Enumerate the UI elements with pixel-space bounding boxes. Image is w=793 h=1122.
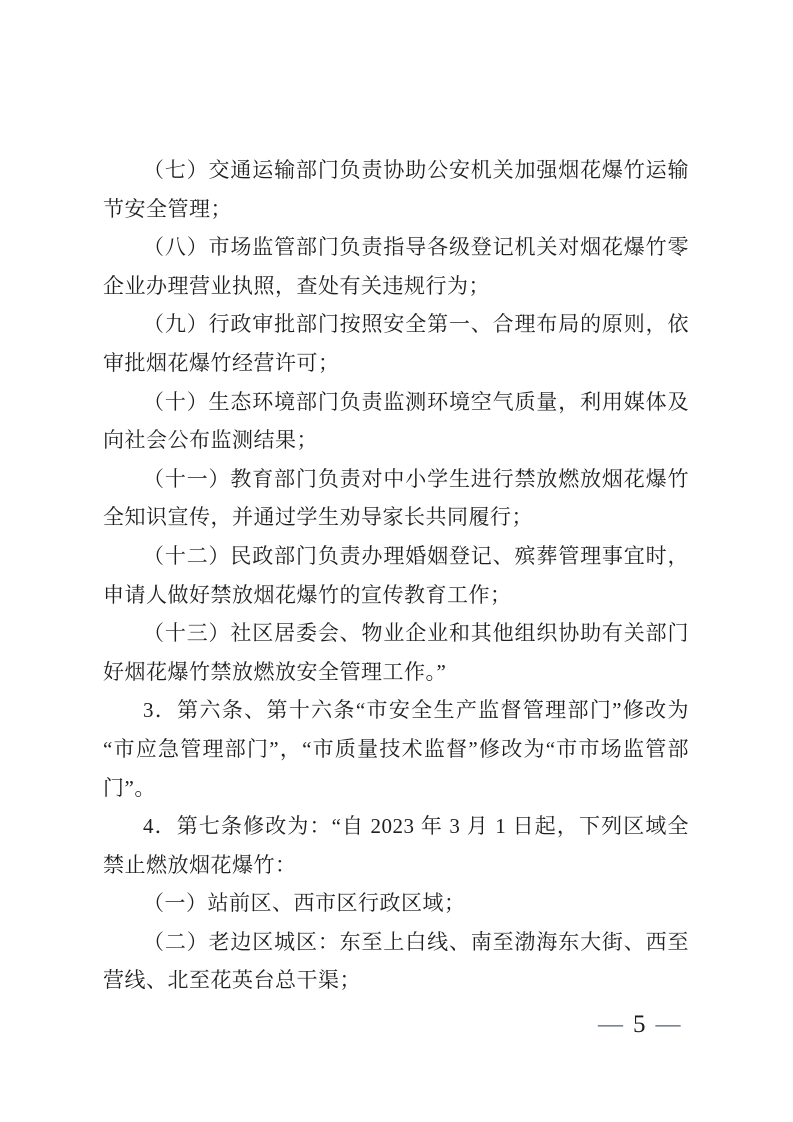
text-line: （十三）社区居委会、物业企业和其他组织协助有关部门做 [103,614,689,653]
text-line: 禁止燃放烟花爆竹： [103,846,689,885]
paragraph: （十）生态环境部门负责监测环境空气质量，利用媒体及时向社会公布监测结果； [103,383,689,460]
text-line: 企业办理营业执照，查处有关违规行为； [103,267,689,306]
document-body: （七）交通运输部门负责协助公安机关加强烟花爆竹运输环节安全管理；（八）市场监管部… [103,151,689,1000]
paragraph: （十三）社区居委会、物业企业和其他组织协助有关部门做好烟花爆竹禁放燃放安全管理工… [103,614,689,691]
paragraph: 4．第七条修改为：“自 2023 年 3 月 1 日起，下列区域全年禁止燃放烟花… [103,807,689,884]
text-line: （十一）教育部门负责对中小学生进行禁放燃放烟花爆竹安 [103,460,689,499]
text-line: 3．第六条、第十六条“市安全生产监督管理部门”修改为 [103,691,689,730]
paragraph: 3．第六条、第十六条“市安全生产监督管理部门”修改为“市应急管理部门”，“市质量… [103,691,689,807]
text-line: 节安全管理； [103,190,689,229]
text-line: 门”。 [103,769,689,808]
text-line: 向社会公布监测结果； [103,421,689,460]
text-line: 申请人做好禁放烟花爆竹的宣传教育工作； [103,576,689,615]
page-number-value: 5 [633,1011,646,1038]
paragraph: （九）行政审批部门按照安全第一、合理布局的原则，依法审批烟花爆竹经营许可； [103,305,689,382]
text-line: （十二）民政部门负责办理婚姻登记、殡葬管理事宜时，对 [103,537,689,576]
paragraph: （八）市场监管部门负责指导各级登记机关对烟花爆竹零售企业办理营业执照，查处有关违… [103,228,689,305]
text-line: （七）交通运输部门负责协助公安机关加强烟花爆竹运输环 [103,151,689,190]
text-line: “市应急管理部门”，“市质量技术监督”修改为“市市场监管部 [103,730,689,769]
document-page: （七）交通运输部门负责协助公安机关加强烟花爆竹运输环节安全管理；（八）市场监管部… [0,0,793,1122]
page-number-dash-left: — [598,1011,623,1038]
text-line: 营线、北至花英台总干渠； [103,961,689,1000]
text-line: 4．第七条修改为：“自 2023 年 3 月 1 日起，下列区域全年 [103,807,689,846]
paragraph: （二）老边区城区：东至上白线、南至渤海东大街、西至北营线、北至花英台总干渠； [103,923,689,1000]
text-line: （八）市场监管部门负责指导各级登记机关对烟花爆竹零售 [103,228,689,267]
text-line: 全知识宣传，并通过学生劝导家长共同履行； [103,498,689,537]
text-line: （十）生态环境部门负责监测环境空气质量，利用媒体及时 [103,383,689,422]
paragraph: （十二）民政部门负责办理婚姻登记、殡葬管理事宜时，对申请人做好禁放烟花爆竹的宣传… [103,537,689,614]
text-line: （二）老边区城区：东至上白线、南至渤海东大街、西至北 [103,923,689,962]
page-number-dash-right: — [656,1011,681,1038]
text-line: 好烟花爆竹禁放燃放安全管理工作。” [103,653,689,692]
text-line: （一）站前区、西市区行政区域； [103,884,689,923]
text-line: （九）行政审批部门按照安全第一、合理布局的原则，依法 [103,305,689,344]
text-line: 审批烟花爆竹经营许可； [103,344,689,383]
paragraph: （一）站前区、西市区行政区域； [103,884,689,923]
paragraph: （十一）教育部门负责对中小学生进行禁放燃放烟花爆竹安全知识宣传，并通过学生劝导家… [103,460,689,537]
paragraph: （七）交通运输部门负责协助公安机关加强烟花爆竹运输环节安全管理； [103,151,689,228]
page-number: —5— [598,1010,678,1040]
